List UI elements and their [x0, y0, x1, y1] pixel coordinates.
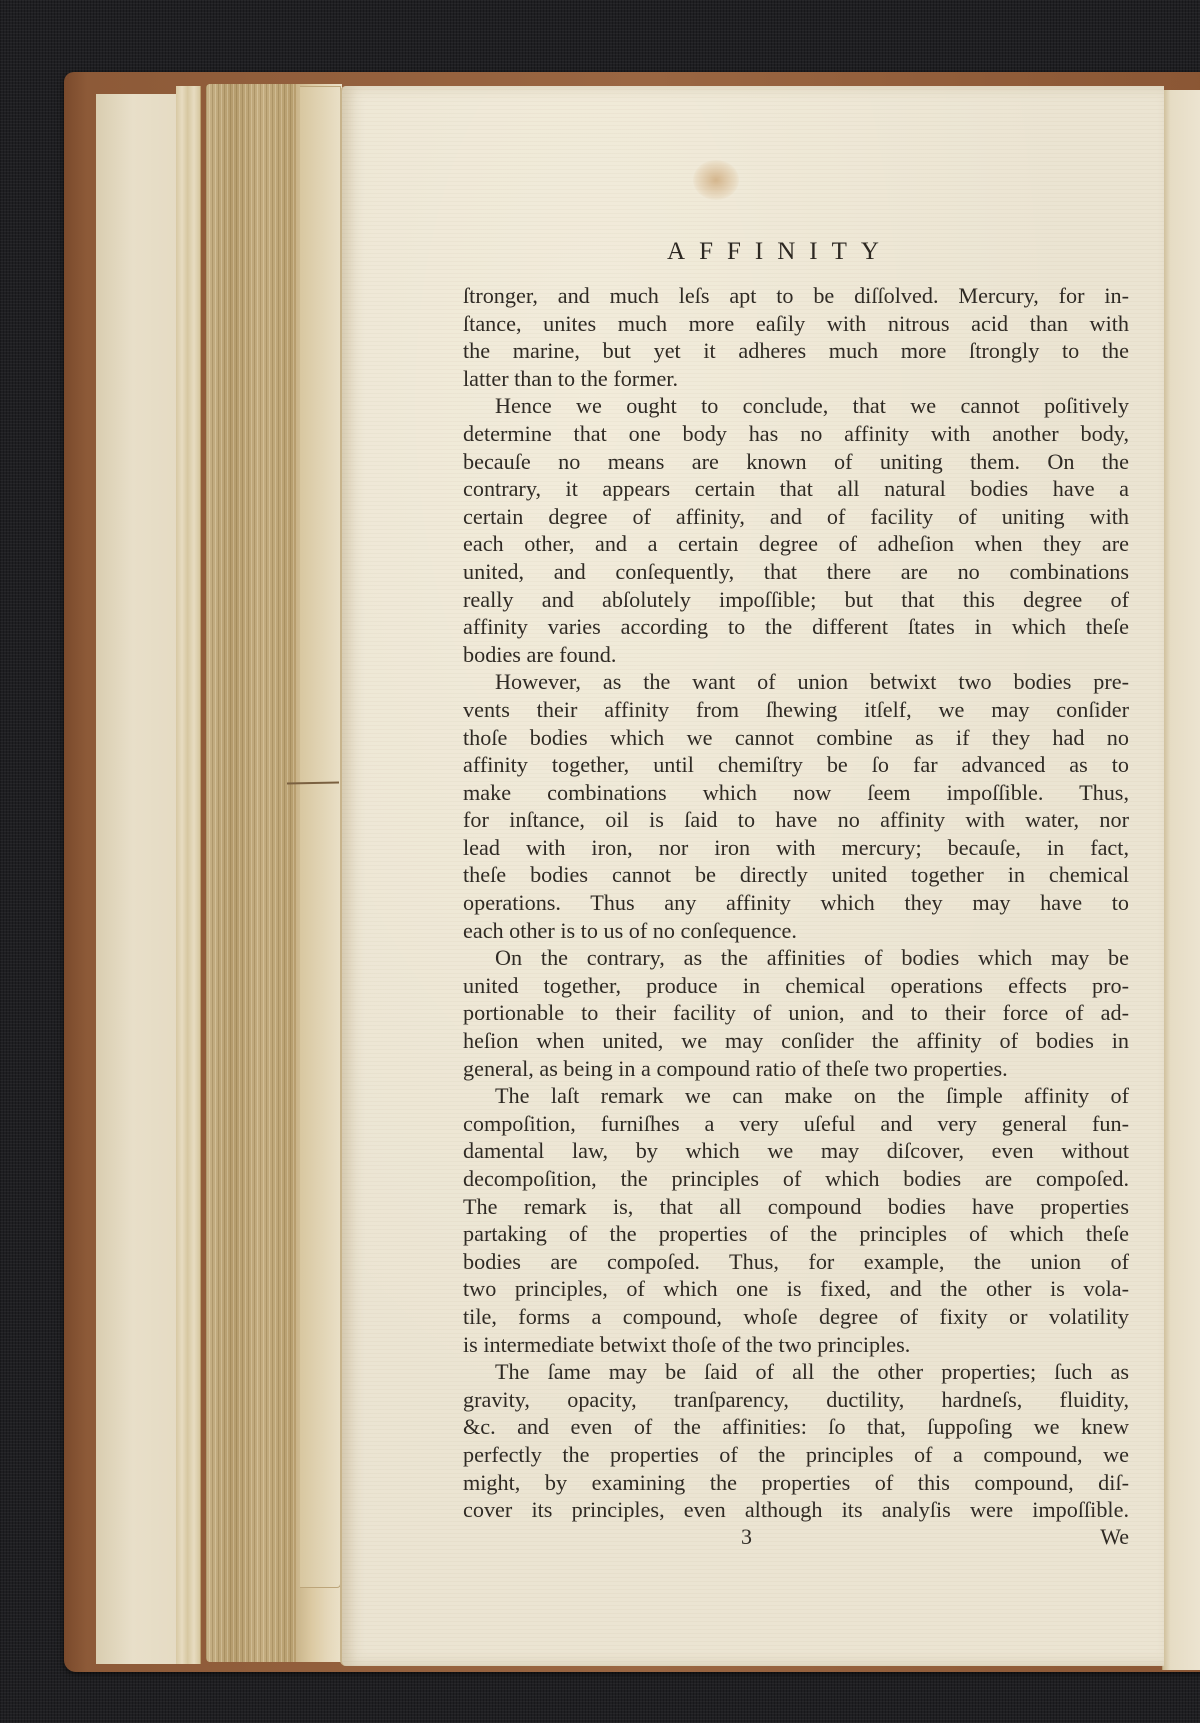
text-line: determine that one body has no affinity … — [463, 420, 1129, 448]
text-line: tile, forms a compound, whoſe degree of … — [463, 1303, 1129, 1331]
text-line: might, by examining the properties of th… — [463, 1469, 1129, 1497]
text-line: &c. and even of the affinities: ſo that,… — [463, 1413, 1129, 1441]
text-line: perfectly the properties of the principl… — [463, 1441, 1129, 1469]
text-line: portionable to their facility of union, … — [463, 999, 1129, 1027]
text-line: bodies are found. — [463, 641, 1129, 669]
text-line: cover its principles, even although its … — [463, 1496, 1129, 1524]
text-line: The remark is, that all compound bodies … — [463, 1193, 1129, 1221]
text-line: vents their affinity from ſhewing itſelf… — [463, 696, 1129, 724]
text-line: affinity together, until chemiſtry be ſo… — [463, 751, 1129, 779]
text-line: gravity, opacity, tranſparency, ductilit… — [463, 1386, 1129, 1414]
text-line: The laſt remark we can make on the ſimpl… — [463, 1082, 1129, 1110]
text-line: decompoſition, the principles of which b… — [463, 1165, 1129, 1193]
text-line: united, and conſequently, that there are… — [463, 558, 1129, 586]
text-line: certain degree of affinity, and of facil… — [463, 503, 1129, 531]
text-line: operations. Thus any affinity which they… — [463, 889, 1129, 917]
text-line: ſtance, unites much more eaſily with nit… — [463, 310, 1129, 338]
inner-leaf — [300, 86, 341, 1588]
page-stack-edge — [206, 84, 296, 1662]
text-line: On the contrary, as the affinities of bo… — [463, 944, 1129, 972]
body-text: ſtronger, and much leſs apt to be diſſol… — [463, 282, 1129, 1524]
text-line: each other is to us of no conſequence. — [463, 917, 1129, 945]
text-line: is intermediate betwixt thoſe of the two… — [463, 1331, 1129, 1359]
text-line: the marine, but yet it adheres much more… — [463, 337, 1129, 365]
text-line: becauſe no means are known of uniting th… — [463, 448, 1129, 476]
text-line: two principles, of which one is fixed, a… — [463, 1275, 1129, 1303]
text-line: The ſame may be ſaid of all the other pr… — [463, 1358, 1129, 1386]
text-line: each other, and a certain degree of adhe… — [463, 530, 1129, 558]
text-line: compoſition, furniſhes a very uſeful and… — [463, 1110, 1129, 1138]
loose-leaf — [188, 86, 201, 1664]
foxing-stain — [693, 160, 739, 200]
signature-mark: 3 — [741, 1524, 752, 1550]
text-line: for inſtance, oil is ſaid to have no aff… — [463, 806, 1129, 834]
next-page-edge — [1162, 90, 1200, 1670]
text-line: united together, produce in chemical ope… — [463, 972, 1129, 1000]
text-line: damental law, by which we may diſcover, … — [463, 1137, 1129, 1165]
page-footer: 3 We — [463, 1524, 1129, 1554]
text-line: really and abſolutely impoſſible; but th… — [463, 586, 1129, 614]
text-line: contrary, it appears certain that all na… — [463, 475, 1129, 503]
text-line: affinity varies according to the differe… — [463, 613, 1129, 641]
text-line: ſtronger, and much leſs apt to be diſſol… — [463, 282, 1129, 310]
text-line: However, as the want of union betwixt tw… — [463, 668, 1129, 696]
text-line: Hence we ought to conclude, that we cann… — [463, 392, 1129, 420]
text-line: partaking of the properties of the princ… — [463, 1220, 1129, 1248]
text-line: theſe bodies cannot be directly united t… — [463, 861, 1129, 889]
text-line: bodies are compoſed. Thus, for example, … — [463, 1248, 1129, 1276]
text-line: general, as being in a compound ratio of… — [463, 1055, 1129, 1083]
text-line: lead with iron, nor iron with mercury; b… — [463, 834, 1129, 862]
text-line: latter than to the former. — [463, 365, 1129, 393]
text-line: make combinations which now ſeem impoſſi… — [463, 779, 1129, 807]
running-head: AFFINITY — [420, 238, 1140, 266]
text-line: heſion when united, we may conſider the … — [463, 1027, 1129, 1055]
text-line: thoſe bodies which we cannot combine as … — [463, 724, 1129, 752]
catchword: We — [1100, 1524, 1129, 1550]
